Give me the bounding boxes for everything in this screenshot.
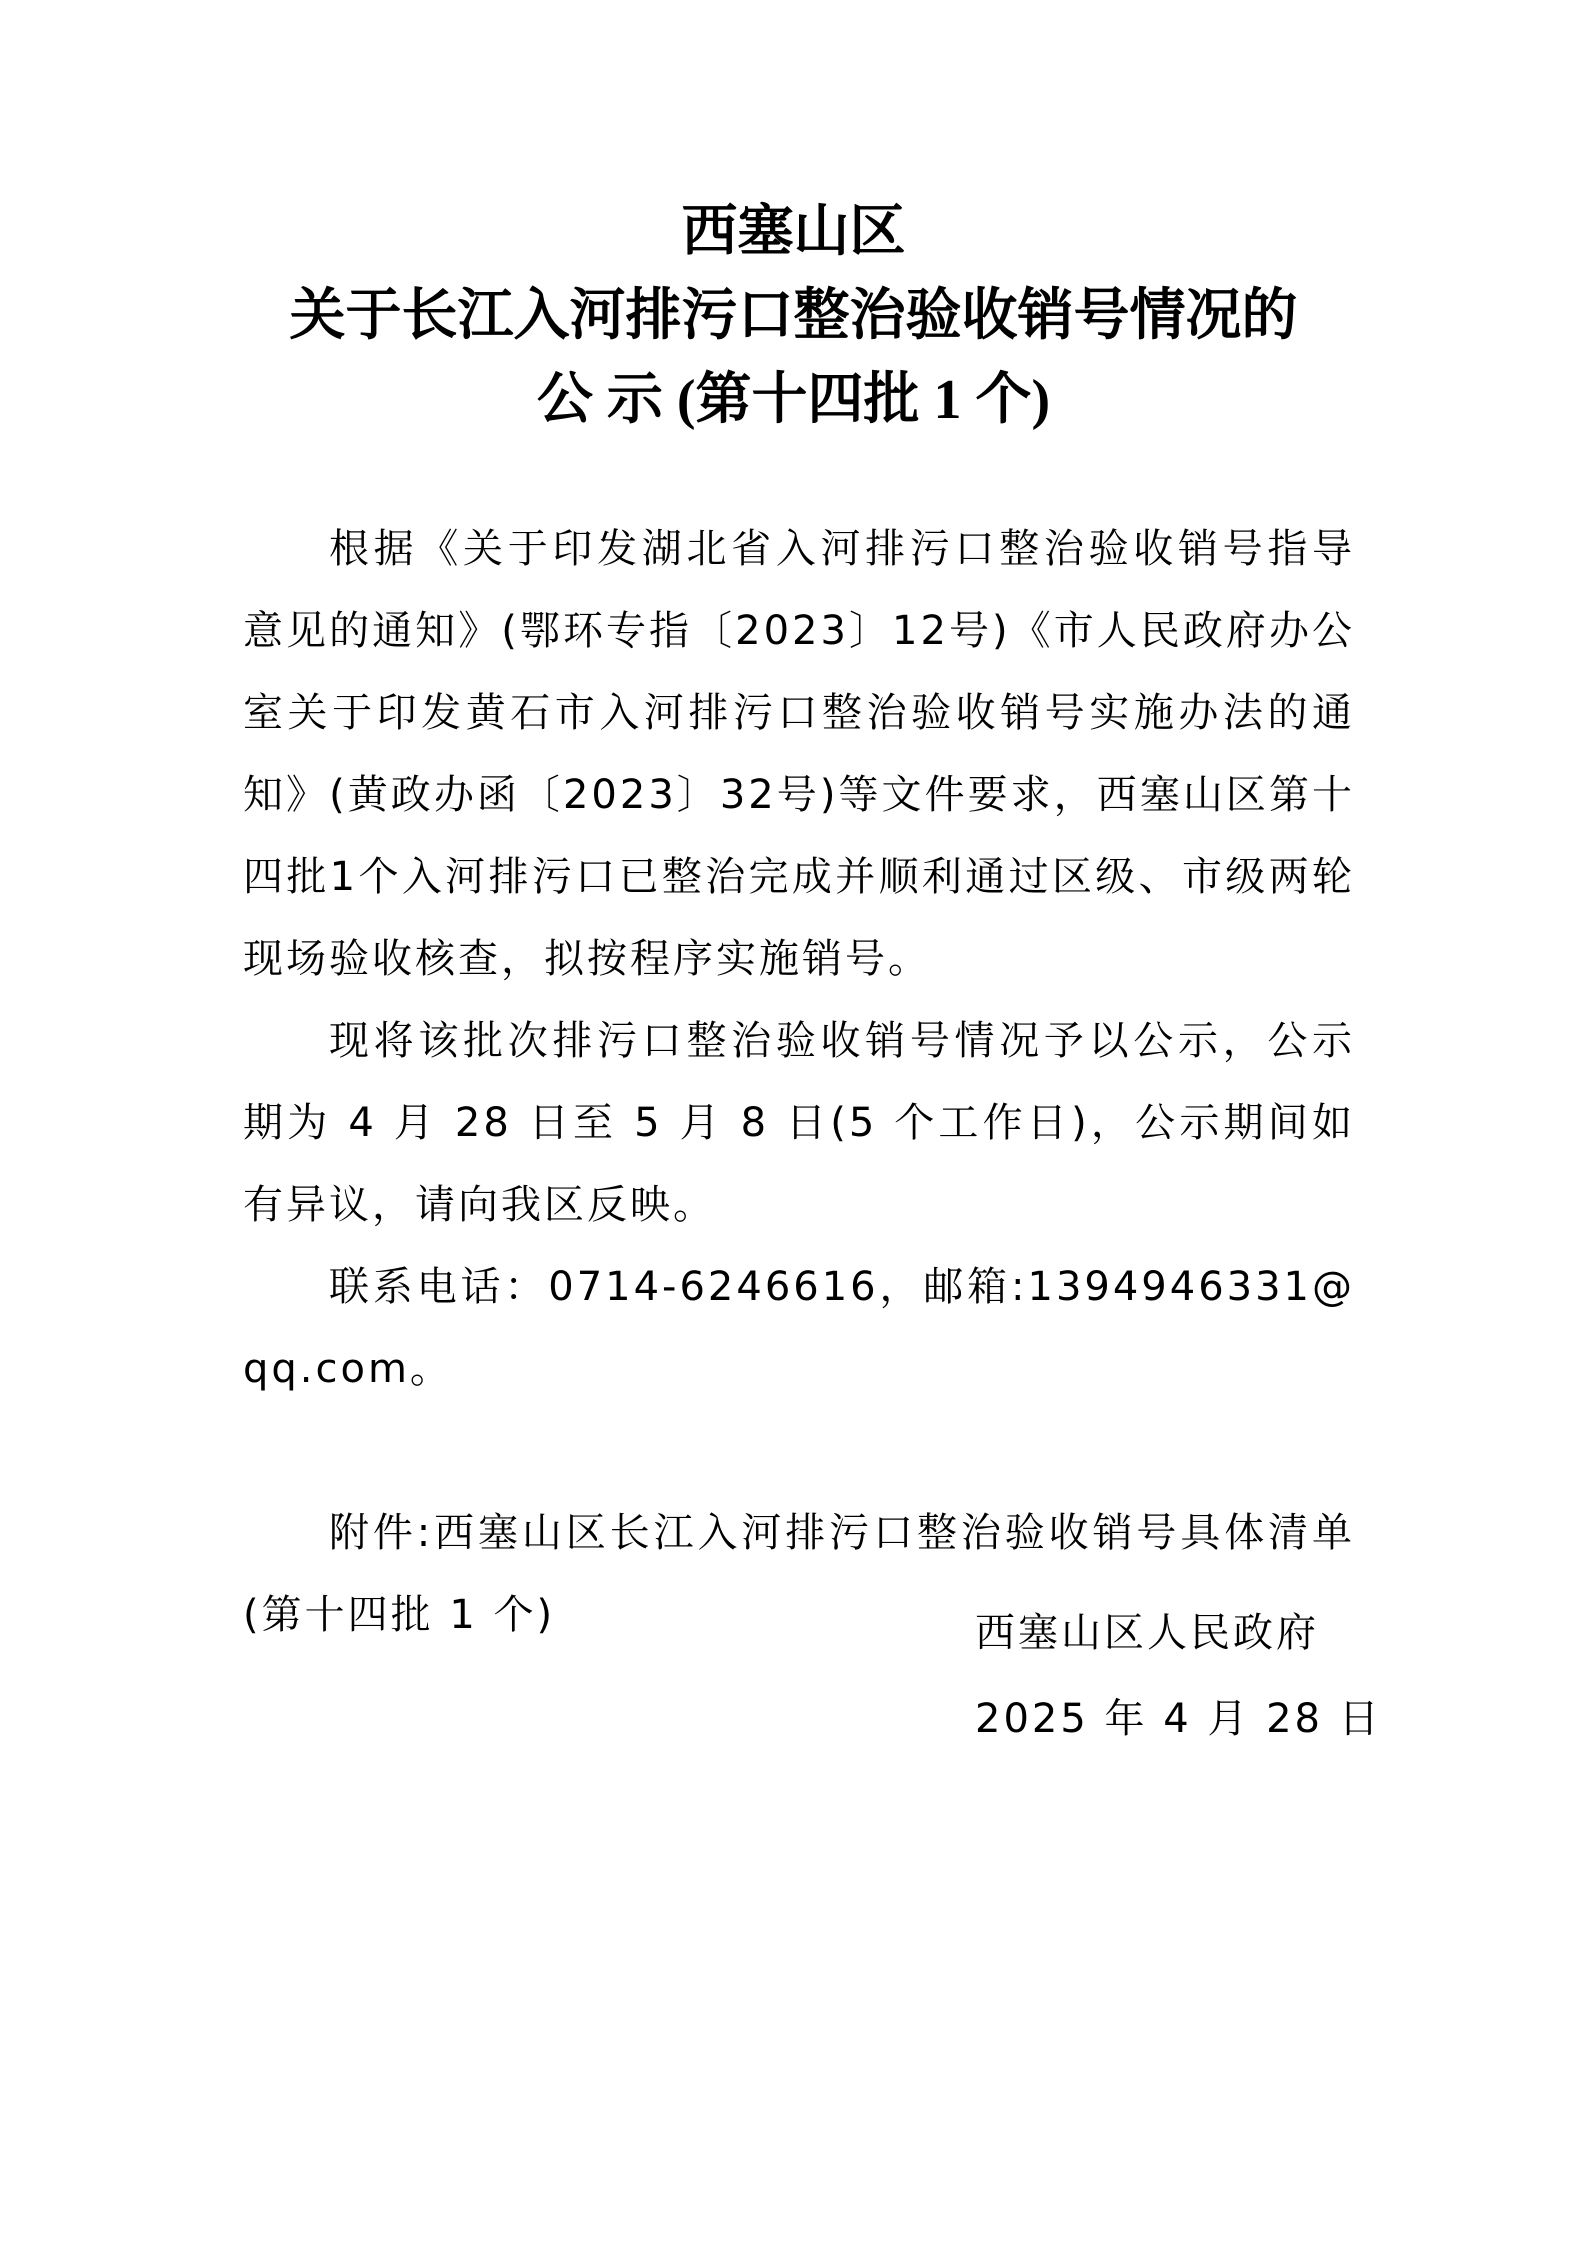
- issue-date: 2025 年 4 月 28 日: [975, 1676, 1382, 1762]
- title-line-subject: 关于长江入河排污口整治验收销号情况的: [0, 274, 1587, 358]
- document-title: 西塞山区 关于长江入河排污口整治验收销号情况的 公 示 (第十四批 1 个): [0, 190, 1587, 442]
- title-line-district: 西塞山区: [0, 190, 1587, 274]
- signature-block: 西塞山区人民政府 2025 年 4 月 28 日: [975, 1590, 1382, 1762]
- document-page: 西塞山区 关于长江入河排污口整治验收销号情况的 公 示 (第十四批 1 个) 根…: [0, 0, 1587, 2245]
- document-body: 根据《关于印发湖北省入河排污口整治验收销号指导意见的通知》(鄂环专指〔2023〕…: [243, 508, 1355, 1656]
- paragraph-basis: 根据《关于印发湖北省入河排污口整治验收销号指导意见的通知》(鄂环专指〔2023〕…: [243, 508, 1355, 1000]
- paragraph-contact: 联系电话：0714-6246616，邮箱:1394946331@qq.com。: [243, 1246, 1355, 1410]
- spacer: [243, 1410, 1355, 1492]
- paragraph-notice-period: 现将该批次排污口整治验收销号情况予以公示，公示期为 4 月 28 日至 5 月 …: [243, 1000, 1355, 1246]
- title-line-notice: 公 示 (第十四批 1 个): [0, 358, 1587, 442]
- issuer-name: 西塞山区人民政府: [975, 1590, 1382, 1676]
